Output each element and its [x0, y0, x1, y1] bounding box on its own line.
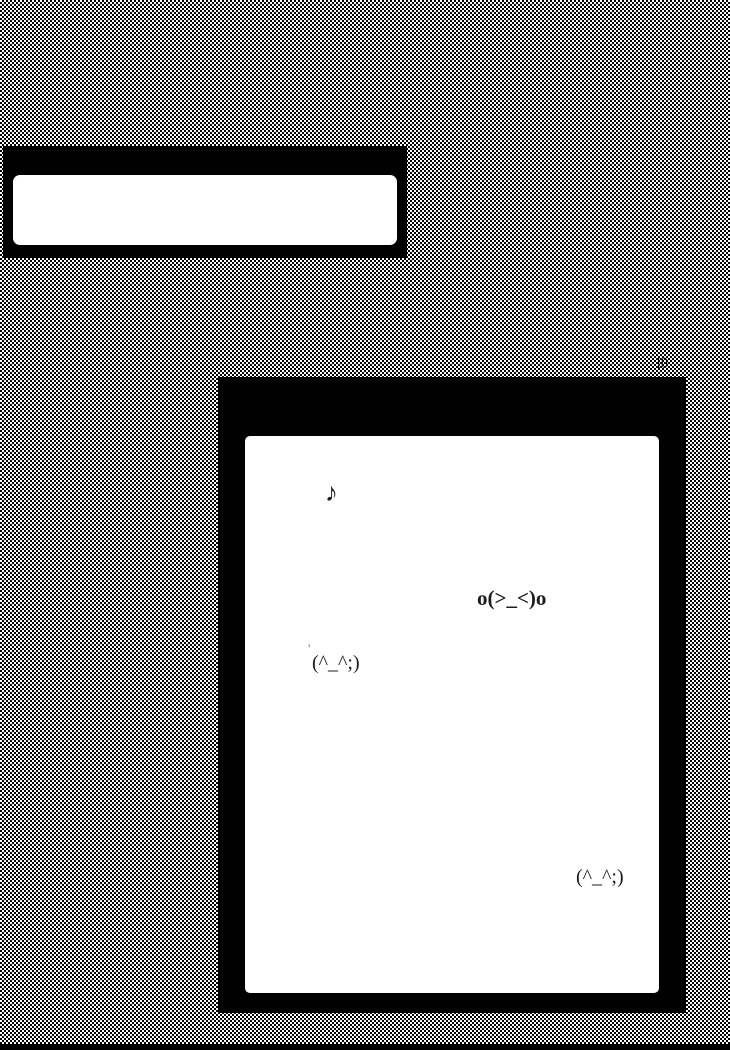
caption-box	[3, 146, 407, 258]
page-number: 10	[655, 355, 667, 373]
main-panel-inner: ♪ o(>_<)o ' (^_^;) (^_^;)	[245, 436, 659, 993]
scanned-page: { "page_number": "10", "colors": { "ink"…	[0, 0, 730, 1050]
caption-box-inner	[13, 175, 397, 245]
main-panel: ♪ o(>_<)o ' (^_^;) (^_^;)	[218, 377, 686, 1013]
emoticon-sweat-bottom: (^_^;)	[576, 867, 624, 887]
stray-ink-mark: '	[308, 642, 310, 655]
music-note-icon: ♪	[325, 480, 338, 506]
emoticon-sweat-left: (^_^;)	[312, 653, 360, 673]
emoticon-frustrated: o(>_<)o	[477, 588, 546, 609]
bottom-edge-bar	[0, 1044, 730, 1050]
